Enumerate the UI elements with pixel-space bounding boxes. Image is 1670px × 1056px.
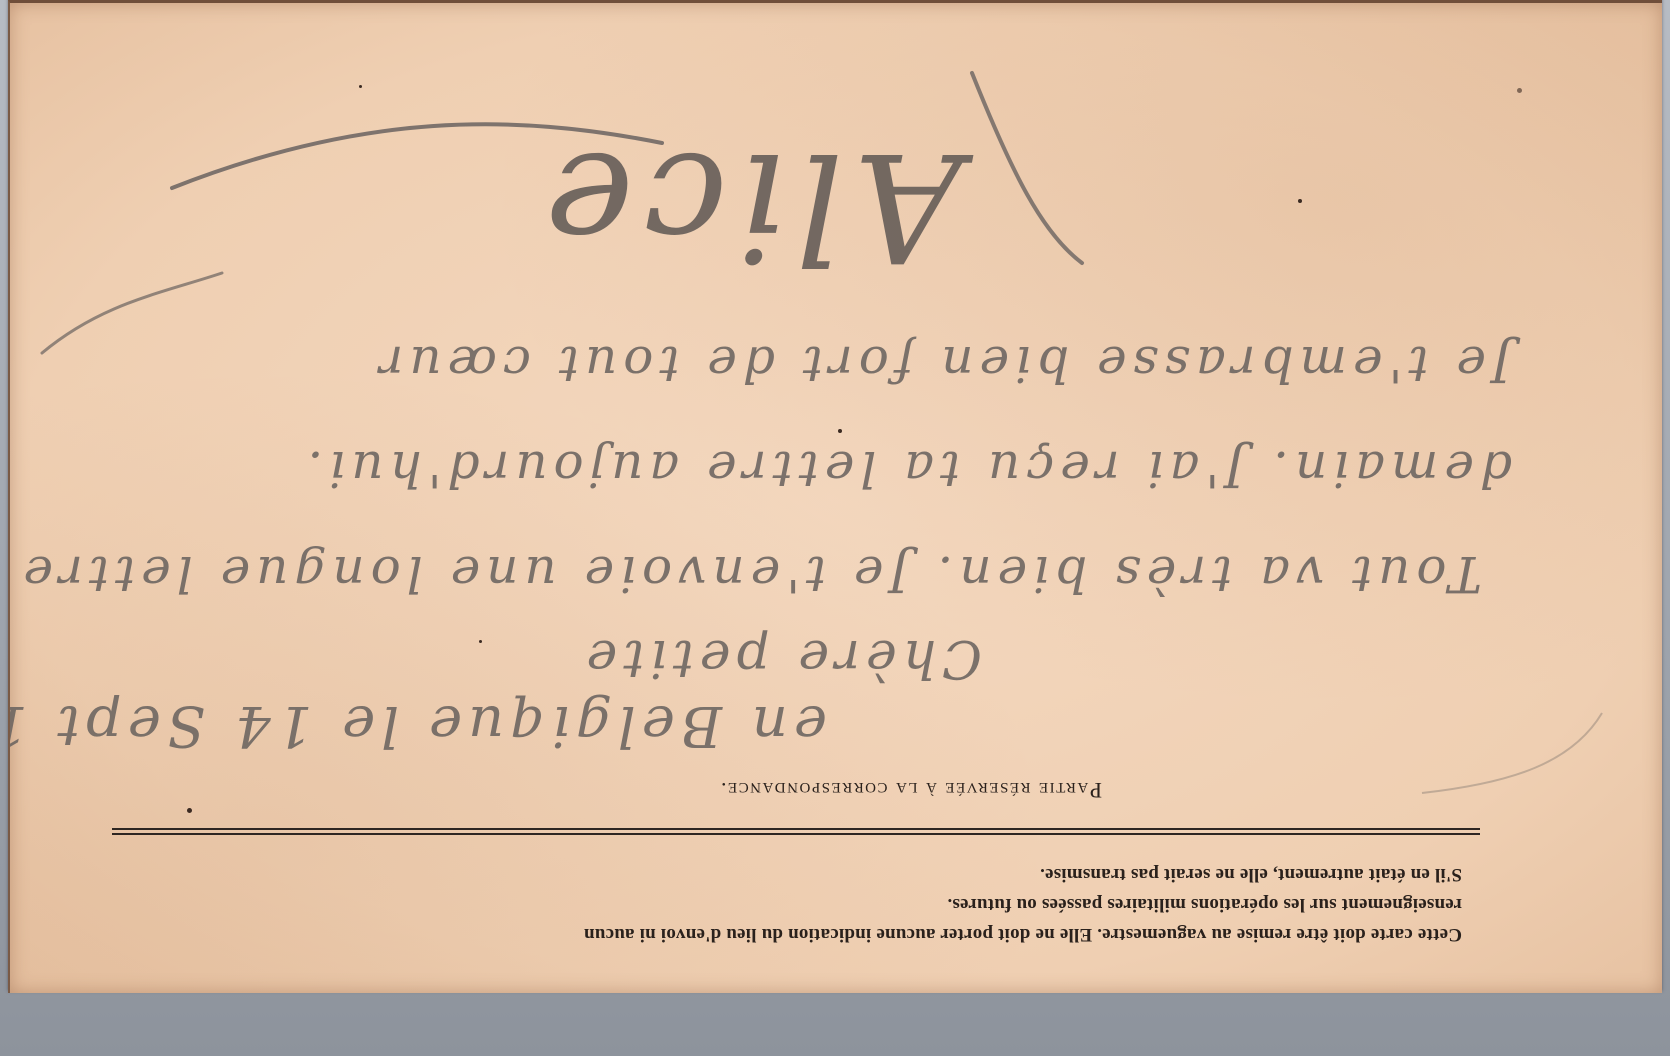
- paper-speck: [1517, 88, 1522, 93]
- paper-speck: [187, 808, 192, 813]
- postcard: Cette carte doit être remise au vaguemes…: [8, 0, 1662, 993]
- scan-background: Cette carte doit être remise au vaguemes…: [0, 0, 1670, 1056]
- paper-speck: [1298, 199, 1302, 203]
- paper-speck: [838, 429, 842, 433]
- paper-speck: [479, 640, 482, 643]
- paper-speck: [359, 85, 362, 88]
- pencil-flourish-strokes: [10, 3, 1662, 993]
